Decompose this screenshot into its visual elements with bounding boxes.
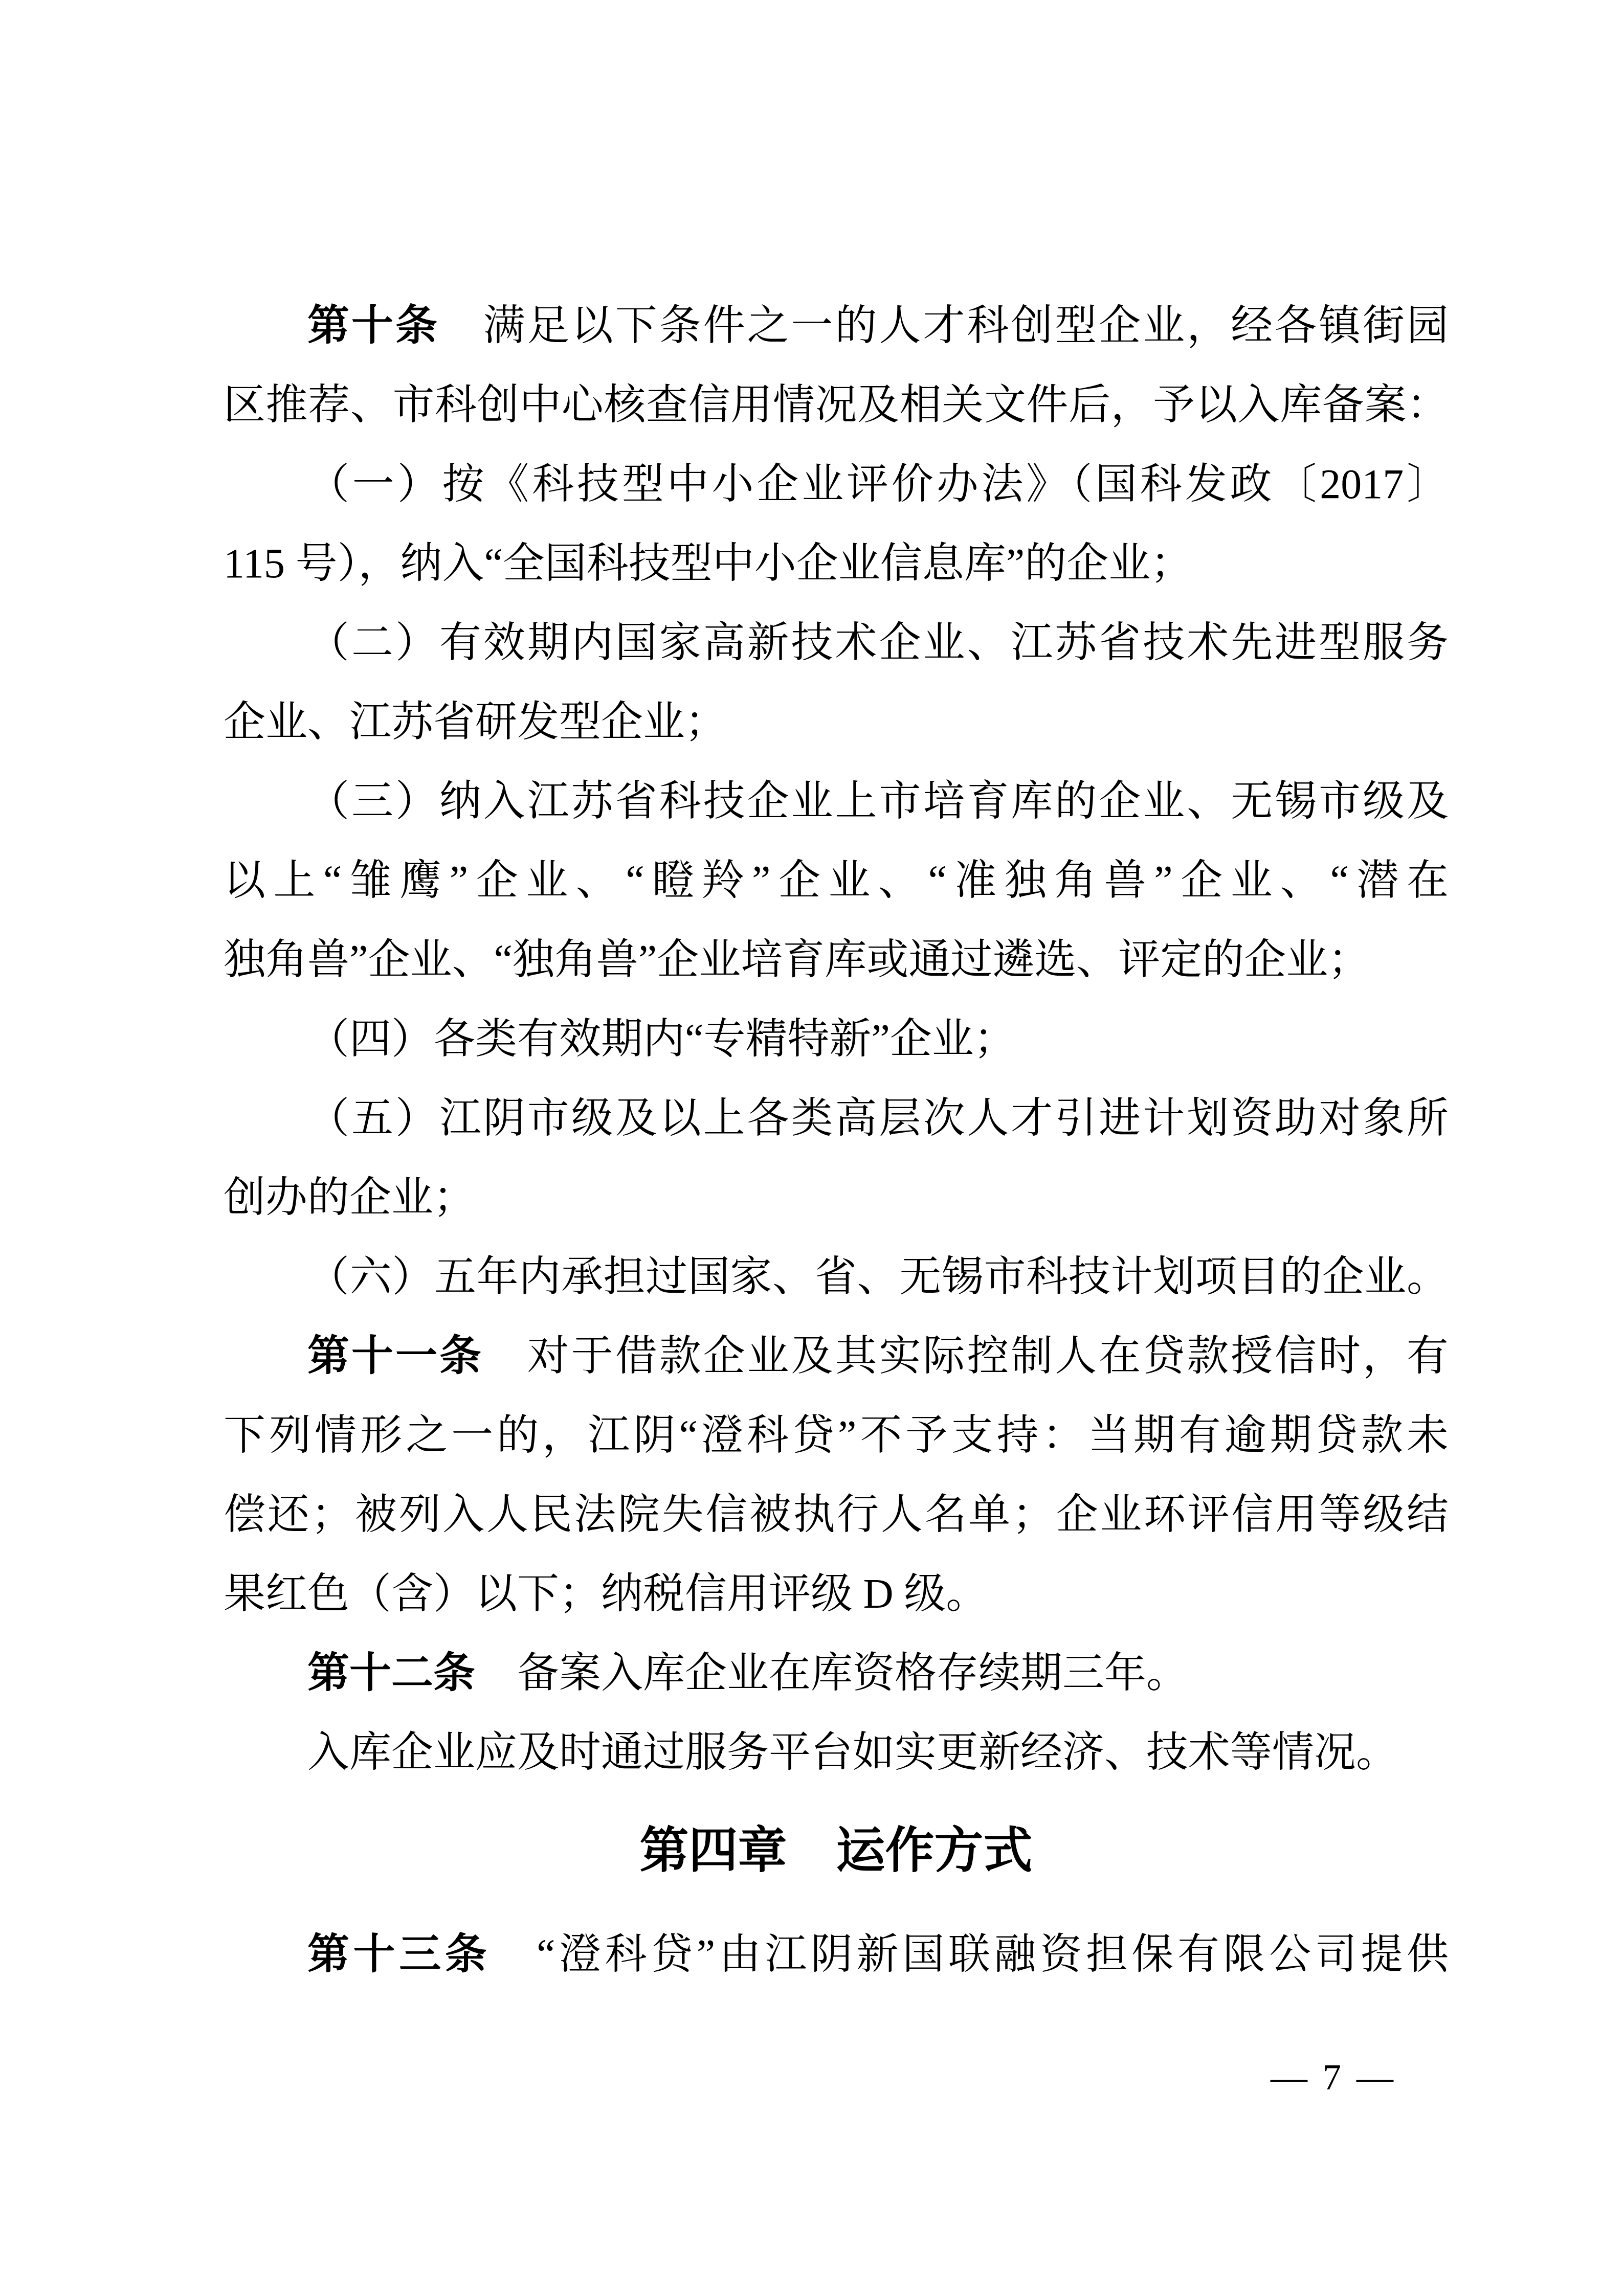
article-number: 第四章 运作方式: [640, 1823, 1033, 1878]
text-line: 第十一条 对于借款企业及其实际控制人在贷款授信时，有: [224, 1316, 1449, 1395]
text-line: 入库企业应及时通过服务平台如实更新经济、技术等情况。: [224, 1713, 1449, 1792]
body-text: （三）纳入江苏省科技企业上市培育库的企业、无锡市级及: [307, 778, 1449, 824]
document-page: 第十条 满足以下条件之一的人才科创型企业，经各镇街园区推荐、市科创中心核查信用情…: [0, 0, 1624, 2296]
text-line: 第十三条 “澄科贷”由江阴新国联融资担保有限公司提供: [224, 1915, 1449, 1994]
text-line: 下列情形之一的，江阴“澄科贷”不予支持：当期有逾期贷款未: [224, 1395, 1449, 1475]
body-text: 115 号），纳入“全国科技型中小企业信息库”的企业；: [224, 540, 1192, 587]
text-line: 独角兽”企业、“独角兽”企业培育库或通过遴选、评定的企业；: [224, 920, 1449, 999]
text-line: （四）各类有效期内“专精特新”企业；: [224, 999, 1449, 1078]
text-line: （五）江阴市级及以上各类高层次人才引进计划资助对象所: [224, 1078, 1449, 1158]
body-text: 以上“雏鹰”企业、“瞪羚”企业、“准独角兽”企业、“潜在: [224, 857, 1449, 904]
body-text: 果红色（含）以下；纳税信用评级 D 级。: [224, 1570, 988, 1617]
text-line: 企业、江苏省研发型企业；: [224, 682, 1449, 761]
body-text: 企业、江苏省研发型企业；: [224, 699, 727, 745]
body-text: 备案入库企业在库资格存续期三年。: [475, 1650, 1188, 1696]
text-line: （一）按《科技型中小企业评价办法》（国科发政〔2017〕: [224, 444, 1449, 524]
text-line: （二）有效期内国家高新技术企业、江苏省技术先进型服务: [224, 603, 1449, 682]
text-line: 115 号），纳入“全国科技型中小企业信息库”的企业；: [224, 524, 1449, 603]
body-text: （六）五年内承担过国家、省、无锡市科技计划项目的企业。: [307, 1253, 1449, 1300]
text-line: 创办的企业；: [224, 1158, 1449, 1237]
text-line: 以上“雏鹰”企业、“瞪羚”企业、“准独角兽”企业、“潜在: [224, 841, 1449, 920]
text-line: 区推荐、市科创中心核查信用情况及相关文件后，予以入库备案：: [224, 365, 1449, 444]
body-text: 下列情形之一的，江阴“澄科贷”不予支持：当期有逾期贷款未: [224, 1412, 1449, 1458]
chapter-heading: 第四章 运作方式: [224, 1802, 1449, 1899]
body-text: “澄科贷”由江阴新国联融资担保有限公司提供: [491, 1931, 1449, 1977]
article-number: 第十三条: [307, 1931, 491, 1977]
body-text: 入库企业应及时通过服务平台如实更新经济、技术等情况。: [307, 1729, 1398, 1775]
article-number: 第十一条: [307, 1333, 483, 1379]
body-text: 偿还；被列入人民法院失信被执行人名单；企业环评信用等级结: [224, 1491, 1449, 1538]
body-text: 对于借款企业及其实际控制人在贷款授信时，有: [483, 1333, 1449, 1379]
article-number: 第十条: [307, 302, 439, 349]
text-line: （六）五年内承担过国家、省、无锡市科技计划项目的企业。: [224, 1237, 1449, 1316]
body-text: （五）江阴市级及以上各类高层次人才引进计划资助对象所: [307, 1095, 1449, 1141]
body-text: 区推荐、市科创中心核查信用情况及相关文件后，予以入库备案：: [224, 381, 1449, 428]
text-line: 果红色（含）以下；纳税信用评级 D 级。: [224, 1554, 1449, 1633]
body-text: （一）按《科技型中小企业评价办法》（国科发政〔2017〕: [307, 461, 1449, 507]
text-body: 第十条 满足以下条件之一的人才科创型企业，经各镇街园区推荐、市科创中心核查信用情…: [224, 286, 1449, 1994]
body-text: 满足以下条件之一的人才科创型企业，经各镇街园: [439, 302, 1449, 349]
body-text: （四）各类有效期内“专精特新”企业；: [307, 1016, 1016, 1062]
body-text: 创办的企业；: [224, 1174, 475, 1221]
body-text: （二）有效期内国家高新技术企业、江苏省技术先进型服务: [307, 619, 1449, 666]
body-text: 独角兽”企业、“独角兽”企业培育库或通过遴选、评定的企业；: [224, 936, 1370, 983]
text-line: 第十条 满足以下条件之一的人才科创型企业，经各镇街园: [224, 286, 1449, 365]
page-number: — 7 —: [1271, 2052, 1396, 2103]
article-number: 第十二条: [307, 1650, 475, 1696]
text-line: 第十二条 备案入库企业在库资格存续期三年。: [224, 1633, 1449, 1713]
text-line: （三）纳入江苏省科技企业上市培育库的企业、无锡市级及: [224, 761, 1449, 841]
text-line: 偿还；被列入人民法院失信被执行人名单；企业环评信用等级结: [224, 1475, 1449, 1554]
